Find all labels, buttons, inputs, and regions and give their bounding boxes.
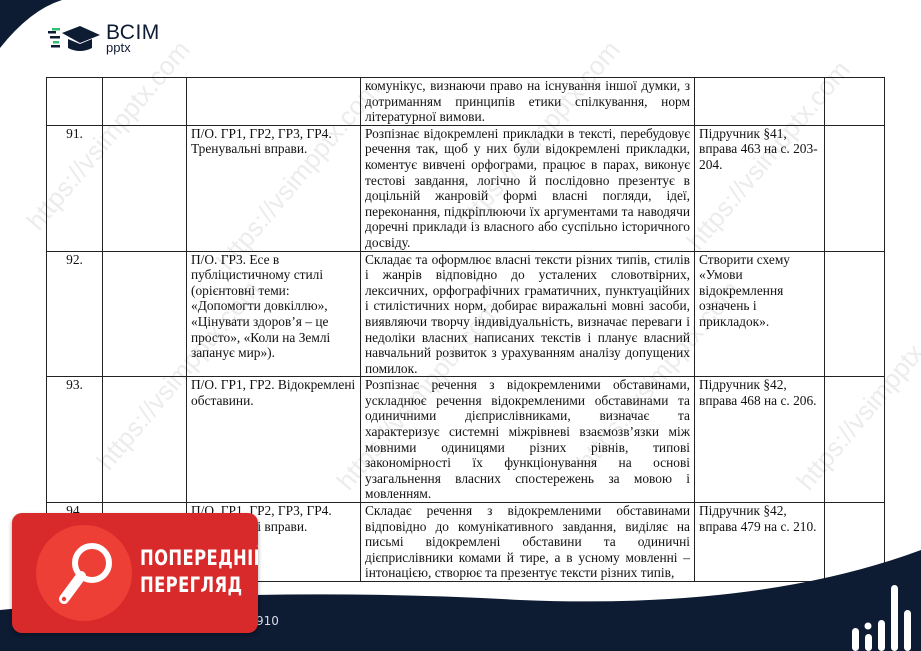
homework: Підручник §41, вправа 463 на с. 203-204. [695,125,825,251]
table-row: 91. П/О. ГР1, ГР2, ГР3, ГР4. Тренувальні… [47,125,885,251]
lesson-topic: П/О. ГР3. Есе в публіцистичному стилі (о… [187,251,361,377]
lesson-number: 92. [47,251,103,377]
notes [825,78,885,126]
homework: Підручник §42, вправа 468 на с. 206. [695,377,825,503]
learning-outcome: Складає та оформлює власні тексти різних… [361,251,695,377]
lesson-plan-table: комунікус, визнаючи право на існування і… [46,77,885,582]
preview-badge[interactable]: ПОПЕРЕДНІЙ ПЕРЕГЛЯД [12,513,258,633]
lesson-number: 93. [47,377,103,503]
lesson-date [103,251,187,377]
table-row: 93. П/О. ГР1, ГР2. Відокремлені обставин… [47,377,885,503]
footer-page-number: 910 [256,614,279,628]
lesson-topic [187,78,361,126]
lesson-number [47,78,103,126]
lesson-topic: П/О. ГР1, ГР2, ГР3, ГР4. Тренувальні впр… [187,125,361,251]
lesson-date [103,125,187,251]
badge-line-2: ПЕРЕГЛЯД [140,572,258,599]
lesson-number: 91. [47,125,103,251]
table-row: 92. П/О. ГР3. Есе в публіцистичному стил… [47,251,885,377]
badge-line-1: ПОПЕРЕДНІЙ [140,545,258,572]
notes [825,377,885,503]
learning-outcome: Розпізнає відокремлені прикладки в текст… [361,125,695,251]
learning-outcome: комунікус, визнаючи право на існування і… [361,78,695,126]
table-row: комунікус, визнаючи право на існування і… [47,78,885,126]
homework [695,78,825,126]
lesson-topic: П/О. ГР1, ГР2. Відокремлені обставини. [187,377,361,503]
lesson-date [103,78,187,126]
magnifier-icon [50,537,120,611]
graduation-cap-icon [48,23,102,53]
site-logo[interactable]: ВСІМ pptx [48,22,160,54]
notes [825,251,885,377]
lesson-date [103,377,187,503]
learning-outcome: Розпізнає речення з відокремленими обста… [361,377,695,503]
homework: Створити схему «Умови відокремлення озна… [695,251,825,377]
notes [825,125,885,251]
